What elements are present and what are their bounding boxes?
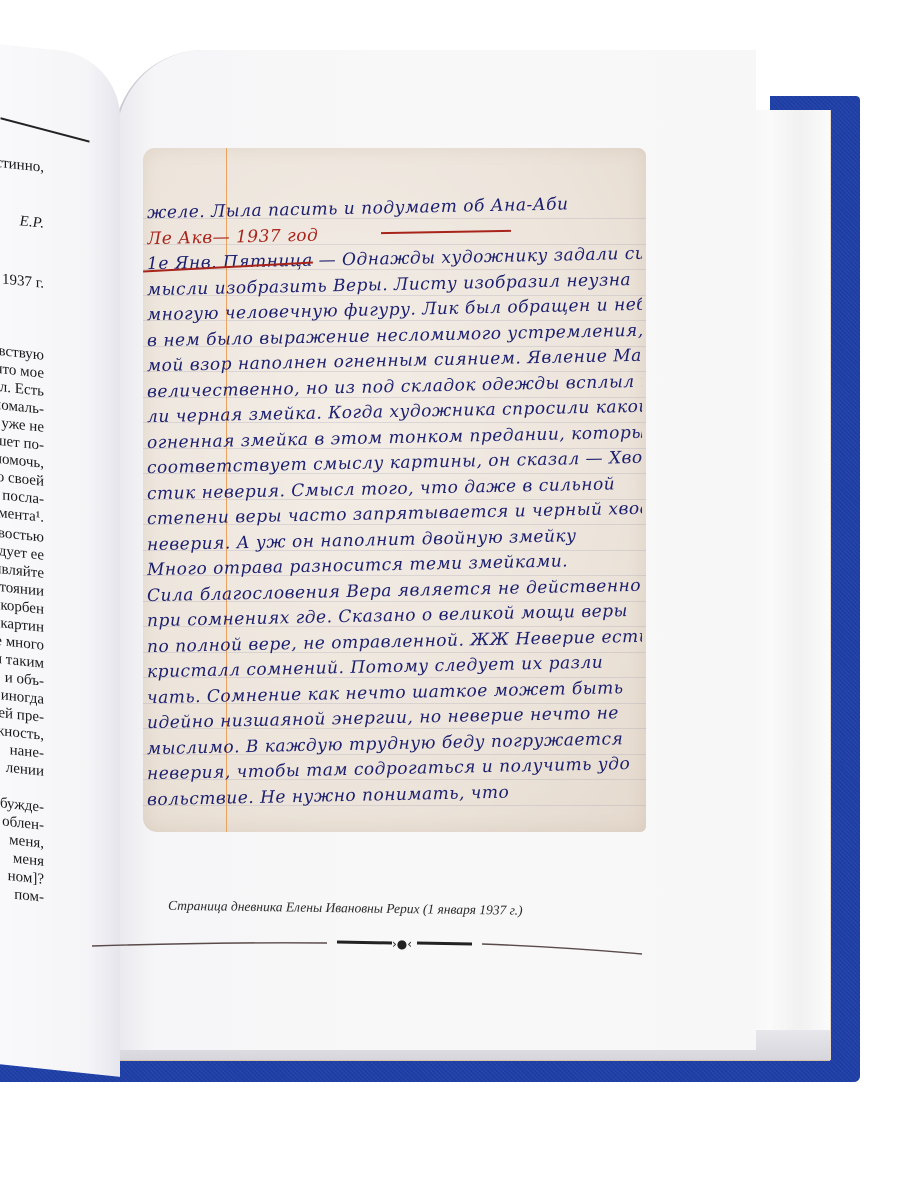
left-page-line: бужде- <box>0 796 44 816</box>
left-page-line: ей пре- <box>0 706 44 726</box>
left-page-line: меня <box>13 852 44 870</box>
left-page-line: пишет по- <box>0 432 44 454</box>
left-page-line: ое посла- <box>0 487 44 508</box>
left-page-line: ы помочь, <box>0 450 44 472</box>
left-page-line: нане- <box>10 743 44 762</box>
manuscript-image: желе. Лыла пасить и подумает об Ана-АбиЛ… <box>143 148 646 832</box>
left-page-line: сочувствую <box>0 341 44 364</box>
left-page-line: скорбен <box>0 598 44 618</box>
open-book-photo: бо, истинно,Е.Р.бря 1937 г.сочувствуюст,… <box>0 0 900 1200</box>
left-page-line: жмента¹. <box>0 505 44 526</box>
svg-text:›●‹: ›●‹ <box>392 937 412 951</box>
left-page-line: стоянии <box>0 579 44 599</box>
left-page-line: и объ- <box>5 671 44 690</box>
left-page-line: оявляйте <box>0 561 44 582</box>
left-page: бо, истинно,Е.Р.бря 1937 г.сочувствуюст,… <box>0 40 120 1077</box>
left-page-line: меня, <box>9 833 44 852</box>
left-page-line: ливостью <box>0 524 44 545</box>
left-page-line: ы таким <box>0 651 44 671</box>
ornament-divider-icon: ›●‹ <box>92 930 642 960</box>
left-page-line: бря 1937 г. <box>0 270 44 292</box>
left-page-line: облен- <box>2 814 44 833</box>
left-page-line: картин <box>0 616 44 636</box>
left-page-line: ном]? <box>8 869 44 888</box>
left-page-line: ледует ее <box>0 543 44 564</box>
left-page-line: бо, истинно, <box>0 153 44 176</box>
left-page-line: со своей <box>0 469 44 490</box>
left-page-line: иногда <box>1 688 44 708</box>
left-page-line: пом- <box>14 888 44 906</box>
left-page-line: лении <box>6 761 44 780</box>
left-page-rule <box>0 117 89 142</box>
left-page-line: Е.Р. <box>20 214 44 232</box>
left-page-line: жность, <box>0 724 44 744</box>
left-page-line: е много <box>0 634 44 654</box>
left-page-text: бо, истинно,Е.Р.бря 1937 г.сочувствуюст,… <box>0 40 82 1073</box>
